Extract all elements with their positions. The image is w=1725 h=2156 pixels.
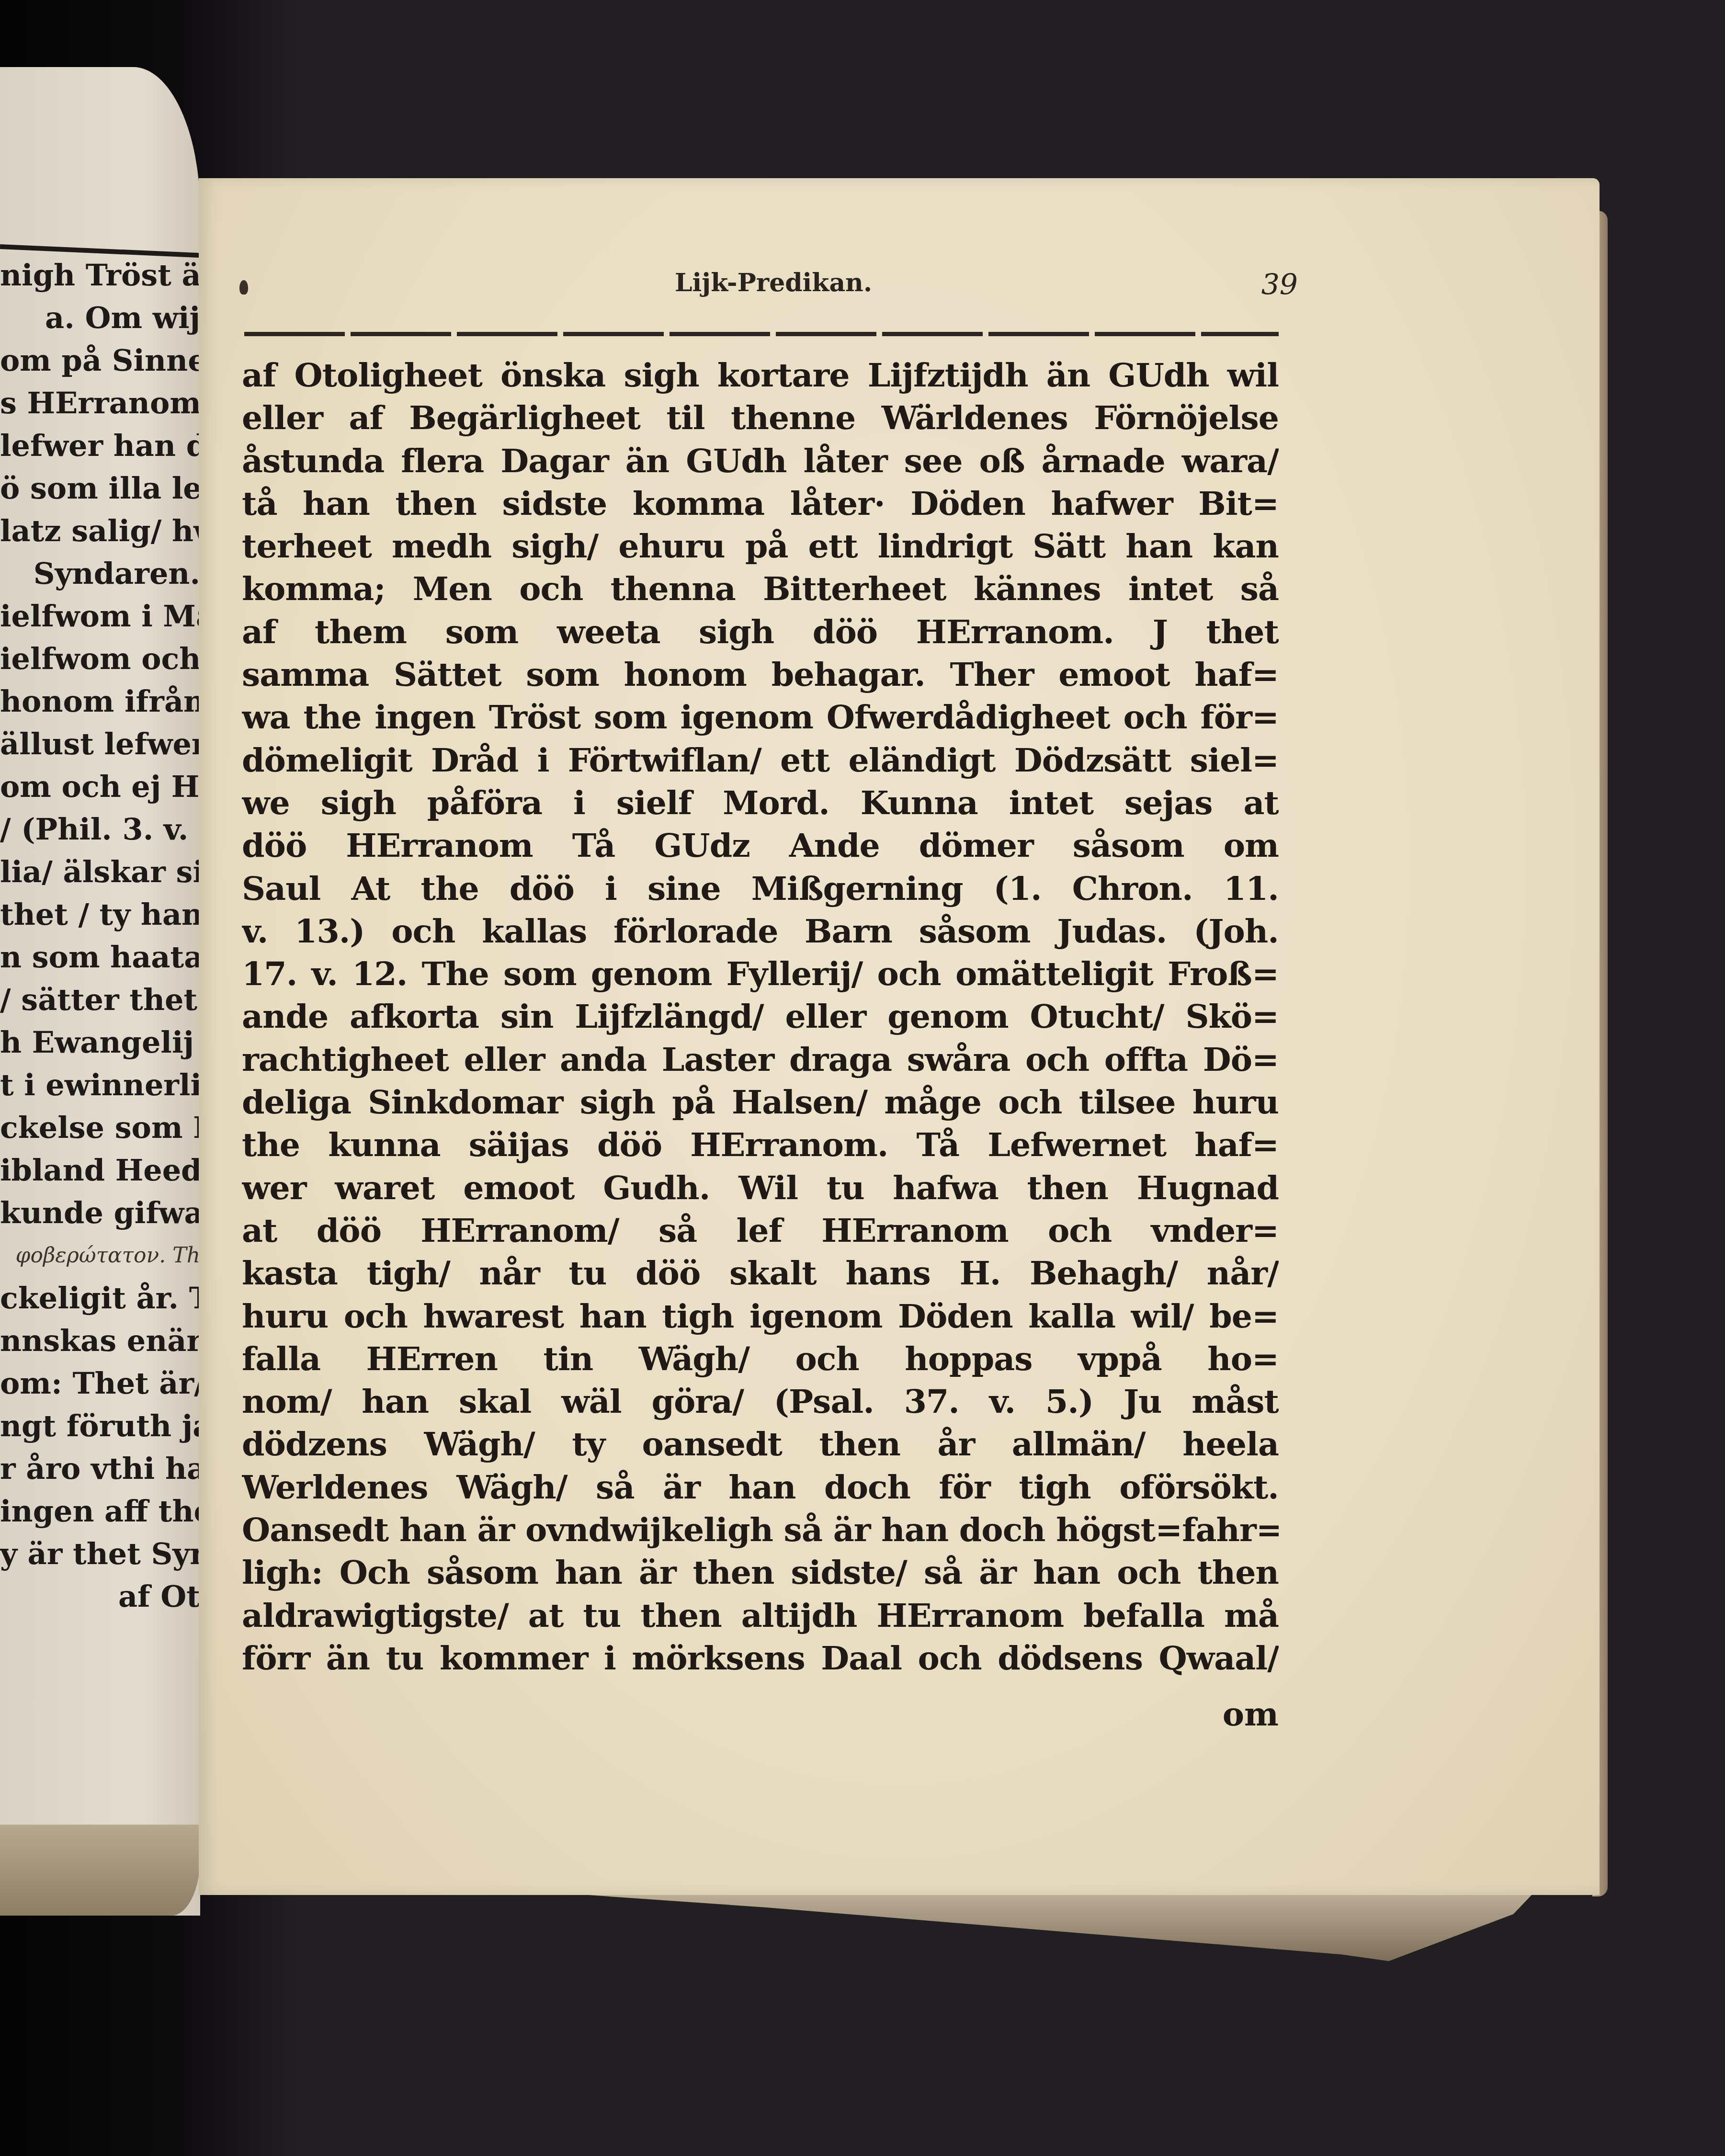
text-line: Oansedt han är ovndwijkeligh så är han d… xyxy=(242,1509,1279,1552)
text-line: aldrawigtigste/ at tu then altijdh HErra… xyxy=(242,1595,1279,1637)
text-line: the kunna säijas döö HErranom. Tå Lefwer… xyxy=(242,1124,1279,1167)
left-line-greek: φοβερώτατον. Th xyxy=(0,1234,200,1277)
text-line: huru och hwarest han tigh igenom Döden k… xyxy=(242,1295,1279,1338)
text-line: nom/ han skal wäl göra/ (Psal. 37. v. 5.… xyxy=(242,1381,1279,1423)
text-line: samma Sättet som honom behagar. Ther emo… xyxy=(242,654,1279,696)
left-line: ckelse som Död xyxy=(0,1106,200,1149)
left-line: s HErranom xyxy=(0,382,200,424)
left-line: y är thet Syn xyxy=(0,1532,200,1575)
left-catchword: af Ot xyxy=(0,1575,200,1618)
text-line: komma; Men och thenna Bitterheet kännes … xyxy=(242,568,1279,611)
page-header: Lijk-Predikan. 39 xyxy=(249,268,1298,326)
text-line: af Otoligheet önska sigh kortare Lijfzti… xyxy=(242,354,1279,397)
left-page-bottom-edge xyxy=(0,1825,200,1916)
catchword: om xyxy=(242,1695,1279,1738)
text-line: kasta tigh/ når tu döö skalt hans H. Beh… xyxy=(242,1252,1279,1295)
text-line: ande afkorta sin Lijfzlängd/ eller genom… xyxy=(242,996,1279,1038)
text-line: v. 13.) och kallas förlorade Barn såsom … xyxy=(242,910,1279,953)
left-line: lia/ älskar sitt L xyxy=(0,851,200,893)
printer-ornament-icon xyxy=(239,280,248,295)
text-line: terheet medh sigh/ ehuru på ett lindrigt… xyxy=(242,525,1279,568)
left-line: ällust lefwer ha xyxy=(0,723,200,765)
left-line: Syndaren. xyxy=(0,552,200,595)
page-bottom-edge xyxy=(575,1894,1532,1961)
left-line: ibland Heedni xyxy=(0,1149,200,1191)
left-line: ö som illa lefwe xyxy=(0,467,200,510)
left-page-text: nigh Tröst är a. Om wij om på Sinne s HE… xyxy=(0,254,200,1618)
left-line: n som haatar s xyxy=(0,936,200,978)
text-line: förr än tu kommer i mörksens Daal och dö… xyxy=(242,1637,1279,1680)
text-line: wa the ingen Tröst som igenom Ofwerdådig… xyxy=(242,696,1279,739)
left-line: om och ej HE xyxy=(0,765,200,808)
page-number: 39 xyxy=(1261,268,1298,302)
text-line: dömeligit Dråd i Förtwiflan/ ett eländig… xyxy=(242,739,1279,782)
text-line: döö HErranom Tå GUdz Ande dömer såsom om xyxy=(242,825,1279,867)
header-rule xyxy=(244,332,1279,336)
left-line: lefwer han dö xyxy=(0,424,200,467)
left-line: kunde gifwa h xyxy=(0,1191,200,1234)
left-line: ngt föruth ja a xyxy=(0,1405,200,1447)
text-line: åstunda flera Dagar än GUdh låter see oß… xyxy=(242,440,1279,483)
left-line: nigh Tröst är xyxy=(0,254,200,296)
left-line: honom ifrån xyxy=(0,680,200,723)
text-line: 17. v. 12. The som genom Fyllerij/ och o… xyxy=(242,953,1279,996)
left-line: ingen aff them xyxy=(0,1490,200,1532)
text-line: Werldenes Wägh/ så är han doch för tigh … xyxy=(242,1466,1279,1509)
left-line: a. Om wij xyxy=(0,296,200,339)
text-line: eller af Begärligheet til thenne Wärlden… xyxy=(242,397,1279,440)
text-line: Saul At the döö i sine Mißgerning (1. Ch… xyxy=(242,868,1279,910)
left-line: nnskas enär e xyxy=(0,1319,200,1362)
left-line: / sätter thet tilbe xyxy=(0,978,200,1021)
left-line: thet / ty han le xyxy=(0,893,200,936)
text-line: dödzens Wägh/ ty oansedt then år allmän/… xyxy=(242,1423,1279,1466)
text-line: we sigh påföra i sielf Mord. Kunna intet… xyxy=(242,782,1279,825)
left-line: t i ewinnerlig xyxy=(0,1064,200,1106)
text-line: wer waret emoot Gudh. Wil tu hafwa then … xyxy=(242,1167,1279,1210)
text-line: falla HErren tin Wägh/ och hoppas vppå h… xyxy=(242,1338,1279,1381)
left-line: h Ewangelij Be xyxy=(0,1021,200,1064)
text-line: deliga Sinkdomar sigh på Halsen/ måge oc… xyxy=(242,1081,1279,1124)
text-line: af them som weeta sigh döö HErranom. J t… xyxy=(242,611,1279,654)
text-line: at döö HErranom/ så lef HErranom och vnd… xyxy=(242,1210,1279,1252)
left-line: latz salig/ hwa xyxy=(0,510,200,552)
text-line: rachtigheet eller anda Laster draga swår… xyxy=(242,1039,1279,1081)
left-line: ielfwom i Man xyxy=(0,595,200,637)
left-line: ckeligit år. The xyxy=(0,1277,200,1319)
left-line: om på Sinne xyxy=(0,339,200,382)
left-line: / (Phil. 3. v. 19. xyxy=(0,808,200,851)
left-line: ielfwom och int xyxy=(0,637,200,680)
page-body: af Otoligheet önska sigh kortare Lijfzti… xyxy=(242,354,1279,1680)
running-title: Lijk-Predikan. xyxy=(249,268,1298,297)
left-line: r åro vthi han xyxy=(0,1447,200,1490)
text-line: ligh: Och såsom han är then sidste/ så ä… xyxy=(242,1552,1279,1594)
left-line: om: Thet är/ xyxy=(0,1362,200,1405)
text-line: tå han then sidste komma låter· Döden ha… xyxy=(242,483,1279,525)
